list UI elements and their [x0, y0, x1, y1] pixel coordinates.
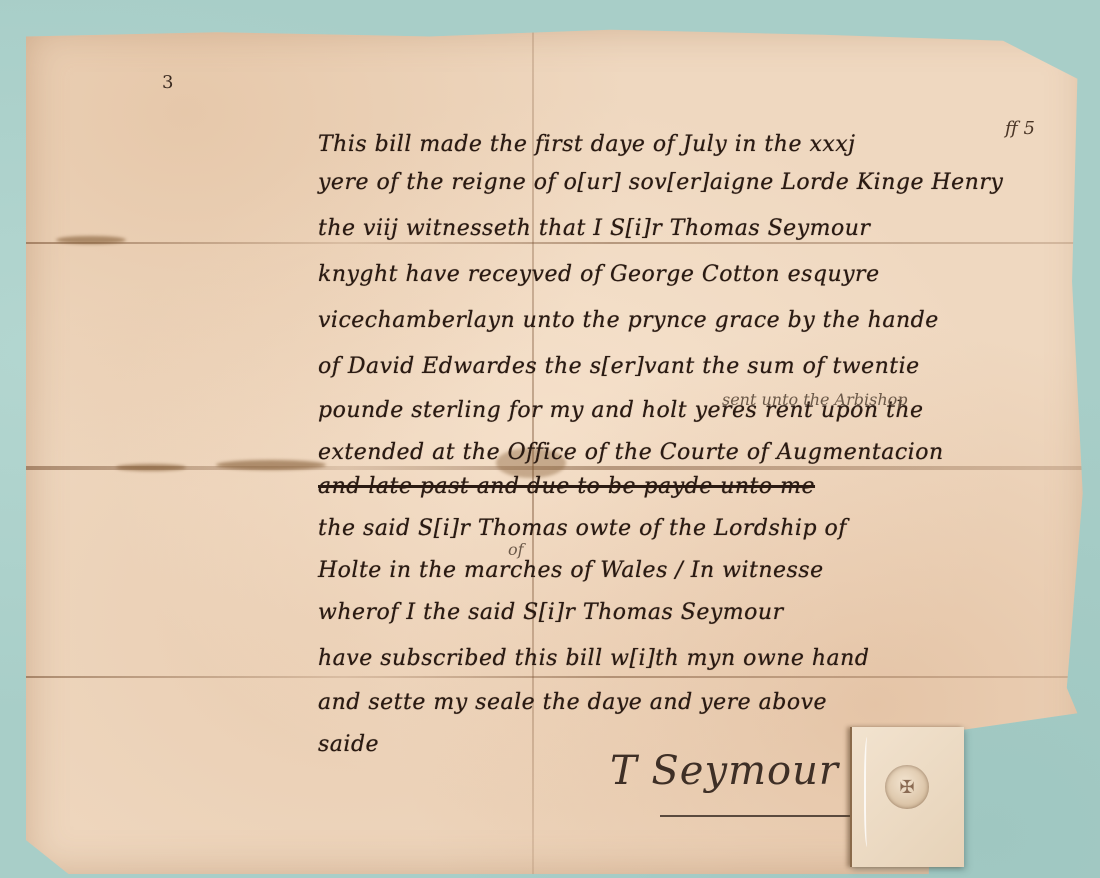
signature: T Seymour: [610, 748, 839, 794]
fold-crease-lower: [26, 676, 1088, 678]
interlinear-insertion: sent unto the Arbishop: [722, 390, 908, 409]
ink-stain: [56, 236, 126, 244]
text-line-8: extended at the Office of the Courte of …: [318, 440, 944, 465]
seal-cord: [864, 737, 872, 847]
text-line-9-struck: and late past and due to be payde unto m…: [318, 474, 815, 499]
text-line-10: the said S[i]r Thomas owte of the Lordsh…: [318, 516, 847, 541]
text-line-15: saide: [318, 732, 379, 757]
fold-crease-upper: [26, 242, 1088, 244]
text-line-13: have subscribed this bill w[i]th myn own…: [318, 646, 869, 671]
signature-flourish: [660, 815, 850, 817]
text-line-2: yere of the reigne of o[ur] sov[er]aigne…: [318, 170, 1003, 195]
corner-annotation: ff 5: [1005, 118, 1035, 139]
ink-stain: [216, 460, 326, 470]
text-line-6: of David Edwardes the s[er]vant the sum …: [318, 354, 920, 379]
text-line-12: wherof I the said S[i]r Thomas Seymour: [318, 600, 784, 625]
wax-seal-icon: ✠: [885, 765, 929, 809]
folio-number: 3: [162, 72, 173, 93]
text-line-11: Holte in the marches of Wales / In witne…: [318, 558, 824, 583]
text-line-3: the viij witnesseth that I S[i]r Thomas …: [318, 216, 870, 241]
text-line-1: This bill made the first daye of July in…: [318, 132, 856, 157]
seal-tag: ✠: [850, 727, 964, 867]
interlinear-insertion: of: [508, 540, 524, 559]
text-line-14: and sette my seale the daye and yere abo…: [318, 690, 827, 715]
text-line-4: knyght have receyved of George Cotton es…: [318, 262, 880, 287]
text-line-5: vicechamberlayn unto the prynce grace by…: [318, 308, 939, 333]
ink-stain: [116, 464, 186, 471]
